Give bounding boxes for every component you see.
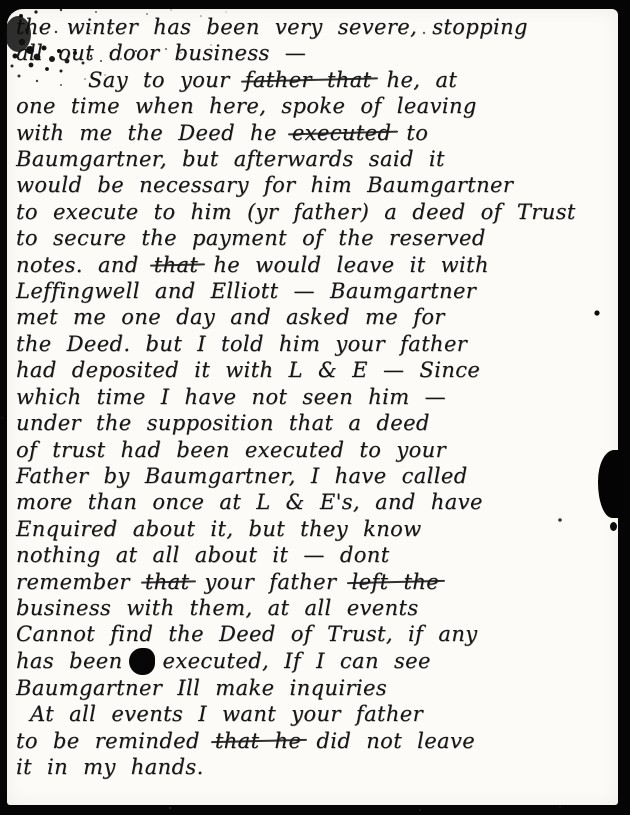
struck-text: left the — [351, 570, 439, 594]
letter-line: one time when here, spoke of leaving — [16, 93, 624, 119]
letter-line: of trust had been executed to your — [16, 437, 624, 463]
letter-line: Say to your father that he, at — [16, 67, 624, 93]
handwritten-text: Leffingwell and Elliott — Baumgartner — [16, 279, 476, 303]
letter-line: has beenexecuted, If I can see — [16, 648, 624, 675]
letter-line: more than once at L & E's, and have — [16, 489, 624, 515]
letter-line: At all events I want your father — [16, 701, 624, 727]
struck-text: that — [154, 253, 199, 277]
handwritten-text: Baumgartner Ill make inquiries — [16, 676, 387, 700]
handwritten-text: would be necessary for him Baumgartner — [16, 173, 513, 197]
struck-text: that — [145, 570, 190, 594]
letter-line: had deposited it with L & E — Since — [16, 357, 624, 383]
letter-line: Cannot find the Deed of Trust, if any — [16, 621, 624, 647]
letter-body: the winter has been very severe, stoppin… — [16, 14, 624, 780]
handwritten-text: more than once at L & E's, and have — [16, 490, 483, 514]
handwritten-text: Enquired about it, but they know — [16, 517, 422, 541]
handwritten-text: which time I have not seen him — — [16, 385, 446, 409]
struck-text: father that — [245, 68, 372, 92]
scanned-letter: the winter has been very severe, stoppin… — [0, 0, 630, 815]
right-edge-ink-blob — [598, 450, 624, 518]
letter-line: Baumgartner, but afterwards said it — [16, 146, 624, 172]
handwritten-text: with me the Deed he — [16, 121, 292, 145]
letter-line: all out door business — — [16, 40, 624, 66]
letter-line: notes. and that he would leave it with — [16, 252, 624, 278]
letter-line: it in my hands. — [16, 754, 624, 780]
letter-line: Father by Baumgartner, I have called — [16, 463, 624, 489]
letter-line: to be reminded that he did not leave — [16, 728, 624, 754]
handwritten-text: he would leave it with — [198, 253, 489, 277]
letter-line: met me one day and asked me for — [16, 304, 624, 330]
handwritten-text: remember — [16, 570, 145, 594]
letter-line: Baumgartner Ill make inquiries — [16, 675, 624, 701]
letter-line: business with them, at all events — [16, 595, 624, 621]
handwritten-text: nothing at all about it — dont — [16, 543, 390, 567]
letter-line: Enquired about it, but they know — [16, 516, 624, 542]
letter-line: with me the Deed he executed to — [16, 120, 624, 146]
handwritten-text: Father by Baumgartner, I have called — [16, 464, 468, 488]
struck-text: that he — [215, 729, 301, 753]
handwritten-text: under the supposition that a deed — [16, 411, 430, 435]
letter-line: remember that your father left the — [16, 569, 624, 595]
handwritten-text: has been — [16, 649, 123, 673]
handwritten-text: all out door business — — [16, 41, 306, 65]
handwritten-text: Cannot find the Deed of Trust, if any — [16, 622, 478, 646]
handwritten-text: your father — [189, 570, 351, 594]
handwritten-text: had deposited it with L & E — Since — [16, 358, 480, 382]
letter-line: which time I have not seen him — — [16, 384, 624, 410]
letter-line: to secure the payment of the reserved — [16, 225, 624, 251]
letter-line: nothing at all about it — dont — [16, 542, 624, 568]
letter-line: to execute to him (yr father) a deed of … — [16, 199, 624, 225]
handwritten-text: to be reminded — [16, 729, 215, 753]
letter-line: would be necessary for him Baumgartner — [16, 172, 624, 198]
handwritten-text: he, at — [371, 68, 457, 92]
handwritten-text: it in my hands. — [16, 755, 204, 779]
handwritten-text: notes. and — [16, 253, 154, 277]
handwritten-text: to secure the payment of the reserved — [16, 226, 486, 250]
letter-line: the winter has been very severe, stoppin… — [16, 14, 624, 40]
handwritten-text: Say to your — [88, 68, 245, 92]
letter-line: Leffingwell and Elliott — Baumgartner — [16, 278, 624, 304]
handwritten-text: one time when here, spoke of leaving — [16, 94, 477, 118]
handwritten-text: of trust had been executed to your — [16, 438, 446, 462]
handwritten-text: business with them, at all events — [16, 596, 419, 620]
ink-blot — [129, 648, 155, 675]
handwritten-text: met me one day and asked me for — [16, 305, 445, 329]
handwritten-text: Baumgartner, but afterwards said it — [16, 147, 445, 171]
handwritten-text: the Deed. but I told him your father — [16, 332, 467, 356]
handwritten-text: to execute to him (yr father) a deed of … — [16, 200, 576, 224]
handwritten-text: At all events I want your father — [30, 702, 423, 726]
letter-line: under the supposition that a deed — [16, 410, 624, 436]
handwritten-text: did not leave — [301, 729, 475, 753]
handwritten-text: the winter has been very severe, stoppin… — [16, 15, 528, 39]
right-edge-ink-dot — [610, 522, 617, 531]
handwritten-text: executed, If I can see — [163, 649, 431, 673]
letter-line: the Deed. but I told him your father — [16, 331, 624, 357]
struck-text: executed — [292, 121, 392, 145]
